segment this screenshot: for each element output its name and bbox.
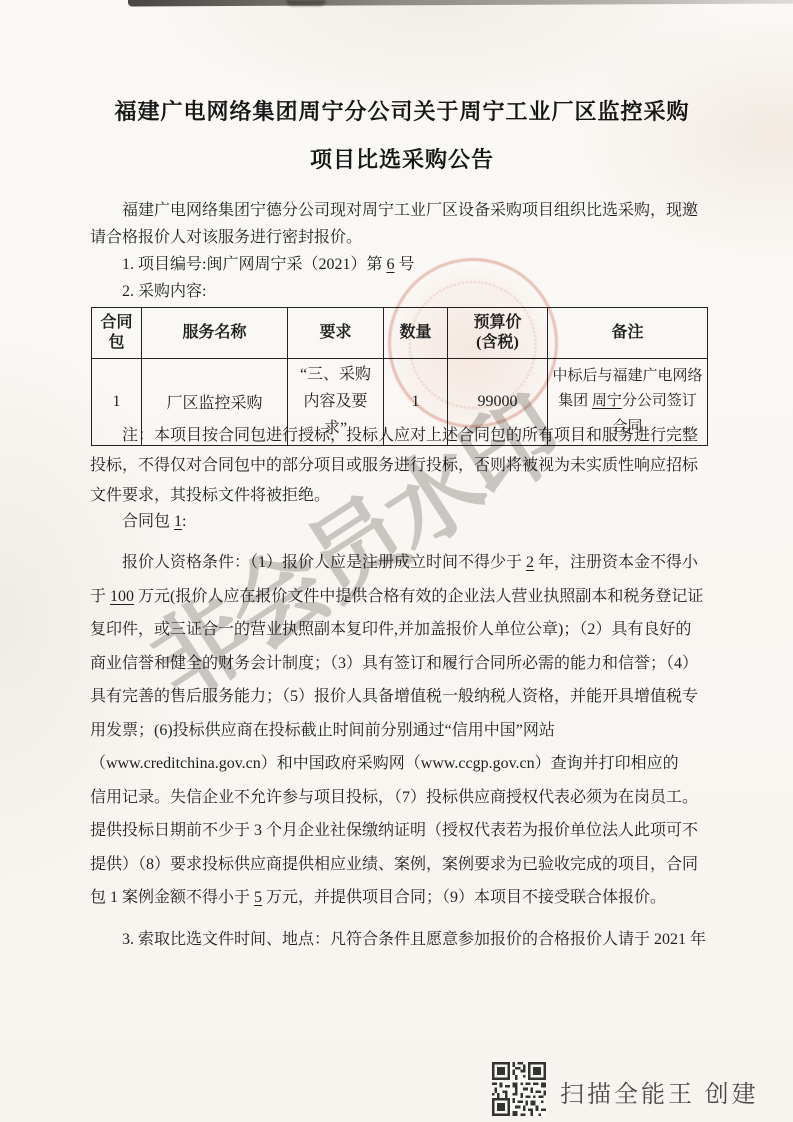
text-segment: 信用记录。失信企业不允许参与项目投标，（7）投标供应商授权代表必须为在岗员工。 xyxy=(90,789,698,806)
text-segment: （www.creditchina.gov.cn）和中国政府采购网（www.ccg… xyxy=(90,755,679,772)
text-line: 商业信誉和健全的财务会计制度；（3）具有签订和履行合同所必需的能力和信誉；（4） xyxy=(90,647,714,681)
text-segment: 3. 索取比选文件时间、地点：凡符合条件且愿意参加报价的合格报价人请于 2021… xyxy=(122,931,706,948)
text-line: 注：本项目按合同包进行授标，投标人应对上述合同包的所有项目和服务进行完整 xyxy=(90,421,714,451)
text-line: 提供）（8）要求投标供应商提供相应业绩、案例，案例要求为已验收完成的项目，合同 xyxy=(90,848,714,882)
intro-paragraph: 福建广电网络集团宁德分公司现对周宁工业厂区设备采购项目组织比选采购，现邀请合格报… xyxy=(90,197,714,251)
package-1-heading: 合同包 1: xyxy=(90,507,714,537)
text-line: 3. 索取比选文件时间、地点：凡符合条件且愿意参加报价的合格报价人请于 2021… xyxy=(90,925,714,955)
camscanner-footer: 扫描全能王 创建 xyxy=(0,1058,793,1122)
text-line: 请合格报价人对该服务进行密封报价。 xyxy=(90,224,714,251)
text-segment: 具有完善的售后服务能力；（5）报价人具备增值税一般纳税人资格，并能开具增值税专 xyxy=(90,688,698,705)
qualification-paragraph: 报价人资格条件：（1）报价人应是注册成立时间不得少于 2 年，注册资本金不得小于… xyxy=(90,546,714,915)
title-line-1: 福建广电网络集团周宁分公司关于周宁工业厂区监控采购 xyxy=(114,99,689,124)
text-segment: 商业信誉和健全的财务会计制度；（3）具有签订和履行合同所必需的能力和信誉；（4） xyxy=(90,655,698,672)
text-line: 用发票；(6)投标供应商在投标截止时间前分别通过“信用中国”网站 xyxy=(90,714,714,748)
header-remark: 备注 xyxy=(548,308,708,359)
text-segment: 复印件，或三证合一的营业执照副本复印件,并加盖报价人单位公章)；（2）具有良好的 xyxy=(90,621,691,638)
underlined-value: 100 xyxy=(110,588,134,605)
text-segment: 合同包 xyxy=(122,513,174,530)
scan-edge-artifact xyxy=(128,0,793,6)
text-line: 具有完善的售后服务能力；（5）报价人具备增值税一般纳税人资格，并能开具增值税专 xyxy=(90,680,714,714)
text-segment: 投标，不得仅对合同包中的部分项目或服务进行投标，否则将被视为未实质性响应招标 xyxy=(90,457,698,474)
text-segment: 号 xyxy=(394,256,414,273)
text-line: 包 1 案例金额不得小于 5 万元，并提供项目合同；（9）本项目不接受联合体报价… xyxy=(90,881,714,915)
text-line: 提供投标日期前不少于 3 个月企业社保缴纳证明（授权代表若为报价单位法人此项可不 xyxy=(90,814,714,848)
text-segment: 报价人资格条件：（1）报价人应是注册成立时间不得少于 xyxy=(122,554,526,571)
text-segment: 于 xyxy=(90,588,110,605)
text-segment: 万元，并提供项目合同；（9）本项目不接受联合体报价。 xyxy=(262,889,666,906)
text-segment: 2. 采购内容: xyxy=(122,283,206,300)
underlined-value: 周宁 xyxy=(592,393,622,409)
text-line: 1. 项目编号:闽广网周宁采（2021）第 6 号 xyxy=(90,251,714,278)
scanned-document-page: 非会员水印 福建广电网络集团周宁分公司关于周宁工业厂区监控采购 项目比选采购公告… xyxy=(0,0,793,1122)
qr-code-icon xyxy=(492,1062,546,1116)
text-segment: 提供投标日期前不少于 3 个月企业社保缴纳证明（授权代表若为报价单位法人此项可不 xyxy=(90,822,698,839)
scan-smudge-artifact xyxy=(286,0,326,6)
text-line: 于 100 万元(报价人应在报价文件中提供合格有效的企业法人营业执照副本和税务登… xyxy=(90,580,714,614)
text-segment: 1. 项目编号:闽广网周宁采（2021）第 xyxy=(122,256,386,273)
text-line: 信用记录。失信企业不允许参与项目投标，（7）投标供应商授权代表必须为在岗员工。 xyxy=(90,781,714,815)
header-package: 合同包 xyxy=(92,308,142,359)
camscanner-created-label: 扫描全能王 创建 xyxy=(560,1074,759,1109)
document-title: 福建广电网络集团周宁分公司关于周宁工业厂区监控采购 项目比选采购公告 xyxy=(90,88,714,184)
text-segment: 提供）（8）要求投标供应商提供相应业绩、案例，案例要求为已验收完成的项目，合同 xyxy=(90,856,698,873)
title-line-2: 项目比选采购公告 xyxy=(310,147,494,172)
header-requirement: 要求 xyxy=(288,308,384,359)
note-paragraph: 注：本项目按合同包进行授标，投标人应对上述合同包的所有项目和服务进行完整投标，不… xyxy=(90,421,714,511)
text-segment: 年，注册资本金不得小 xyxy=(534,554,698,571)
text-segment: 文件要求，其投标文件将被拒绝。 xyxy=(90,487,330,504)
text-segment: 福建广电网络集团宁德分公司现对周宁工业厂区设备采购项目组织比选采购，现邀 xyxy=(122,202,698,219)
text-line: 投标，不得仅对合同包中的部分项目或服务进行投标，否则将被视为未实质性响应招标 xyxy=(90,451,714,481)
text-segment: 请合格报价人对该服务进行密封报价。 xyxy=(90,229,362,246)
project-number-line: 1. 项目编号:闽广网周宁采（2021）第 6 号 xyxy=(90,251,714,278)
text-line: （www.creditchina.gov.cn）和中国政府采购网（www.ccg… xyxy=(90,747,714,781)
text-segment: 包 1 案例金额不得小于 xyxy=(90,889,254,906)
text-segment: 万元(报价人应在报价文件中提供合格有效的企业法人营业执照副本和税务登记证 xyxy=(134,588,703,605)
text-line: 复印件，或三证合一的营业执照副本复印件,并加盖报价人单位公章)；（2）具有良好的 xyxy=(90,613,714,647)
text-segment: 注：本项目按合同包进行授标，投标人应对上述合同包的所有项目和服务进行完整 xyxy=(122,427,698,444)
underlined-value: 1 xyxy=(174,513,182,530)
header-service: 服务名称 xyxy=(142,308,288,359)
text-line: 合同包 1: xyxy=(90,507,714,537)
text-line: 福建广电网络集团宁德分公司现对周宁工业厂区设备采购项目组织比选采购，现邀 xyxy=(90,197,714,224)
text-line: 报价人资格条件：（1）报价人应是注册成立时间不得少于 2 年，注册资本金不得小 xyxy=(90,546,714,580)
underlined-value: 5 xyxy=(254,889,262,906)
text-segment: : xyxy=(182,513,186,530)
underlined-value: 2 xyxy=(526,554,534,571)
document-request-line: 3. 索取比选文件时间、地点：凡符合条件且愿意参加报价的合格报价人请于 2021… xyxy=(90,925,714,955)
text-segment: 用发票；(6)投标供应商在投标截止时间前分别通过“信用中国”网站 xyxy=(90,722,555,739)
